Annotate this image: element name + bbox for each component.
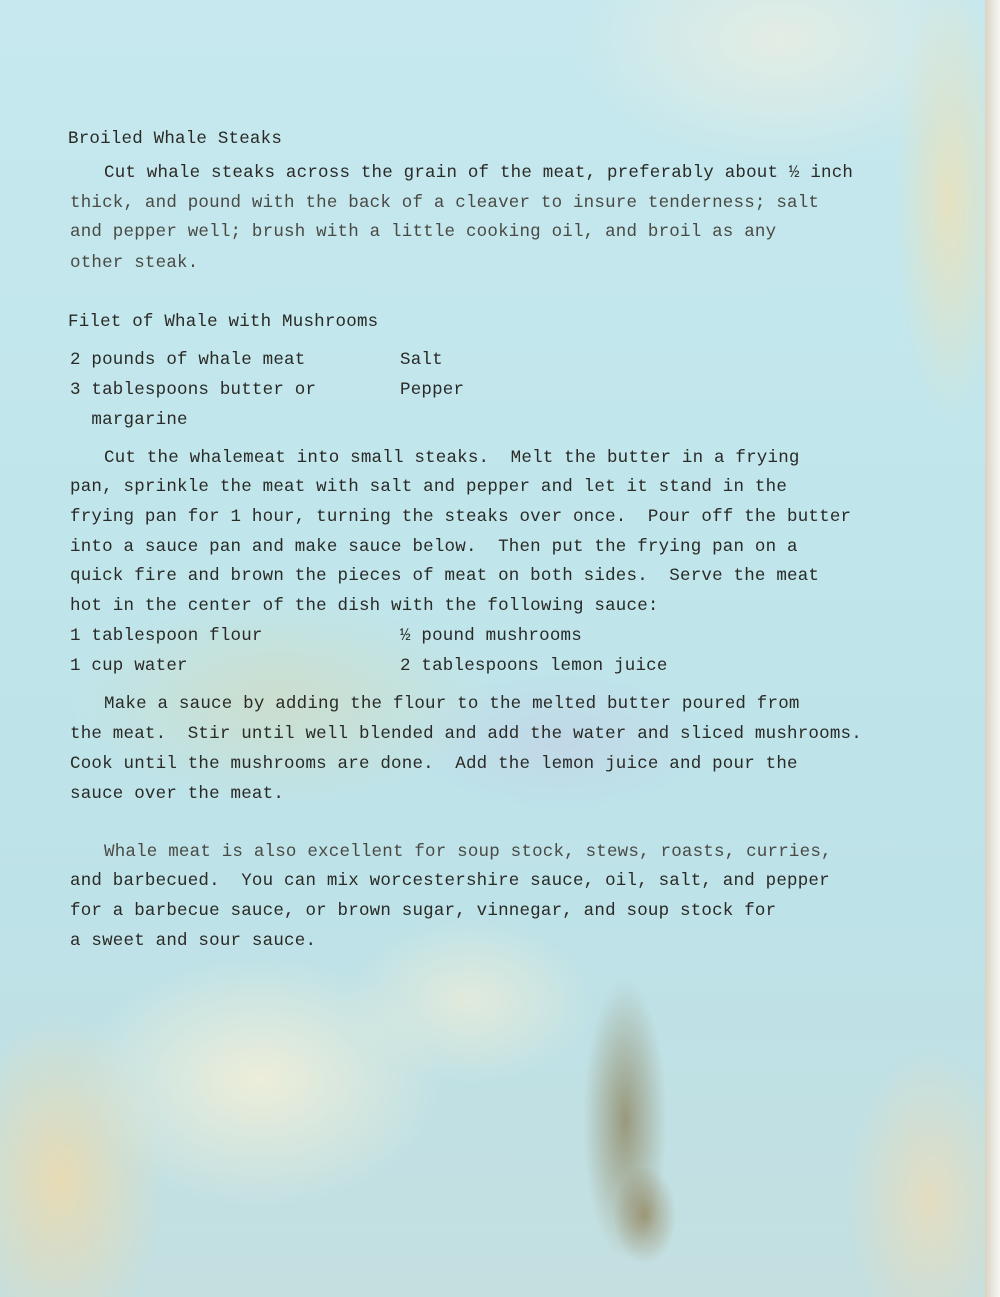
ingredient-right: Pepper (400, 380, 464, 400)
note-line: for a barbecue sauce, or brown sugar, vi… (70, 901, 776, 921)
note-line: Whale meat is also excellent for soup st… (104, 842, 832, 862)
recipe-title-broiled-whale-steaks: Broiled Whale Steaks (68, 129, 282, 149)
recipe-title-filet-of-whale: Filet of Whale with Mushrooms (68, 312, 378, 332)
sauce-line: sauce over the meat. (70, 784, 284, 804)
method-line: Cut the whalemeat into small steaks. Mel… (104, 448, 800, 468)
ingredient-right: Salt (400, 350, 443, 370)
method-line: into a sauce pan and make sauce below. T… (70, 537, 798, 557)
broiled-body-line: and pepper well; brush with a little coo… (70, 222, 776, 242)
sauce-ingredient-right: ½ pound mushrooms (400, 626, 582, 646)
sauce-ingredient-left: 1 cup water (70, 656, 188, 676)
method-line: pan, sprinkle the meat with salt and pep… (70, 477, 787, 497)
paper-edge (985, 0, 1000, 1297)
broiled-body-line: Cut whale steaks across the grain of the… (104, 163, 853, 183)
sauce-line: Make a sauce by adding the flour to the … (104, 694, 800, 714)
method-line: quick fire and brown the pieces of meat … (70, 566, 819, 586)
ingredient-left: margarine (70, 410, 188, 430)
broiled-body-line: thick, and pound with the back of a clea… (70, 193, 819, 213)
method-line: frying pan for 1 hour, turning the steak… (70, 507, 851, 527)
note-line: a sweet and sour sauce. (70, 931, 316, 951)
sauce-ingredient-left: 1 tablespoon flour (70, 626, 263, 646)
sauce-line: Cook until the mushrooms are done. Add t… (70, 754, 798, 774)
sauce-line: the meat. Stir until well blended and ad… (70, 724, 862, 744)
note-line: and barbecued. You can mix worcestershir… (70, 871, 830, 891)
sauce-ingredient-right: 2 tablespoons lemon juice (400, 656, 668, 676)
method-line: hot in the center of the dish with the f… (70, 596, 659, 616)
ingredient-left: 2 pounds of whale meat (70, 350, 305, 370)
broiled-body-line: other steak. (70, 253, 198, 273)
ingredient-left: 3 tablespoons butter or (70, 380, 316, 400)
